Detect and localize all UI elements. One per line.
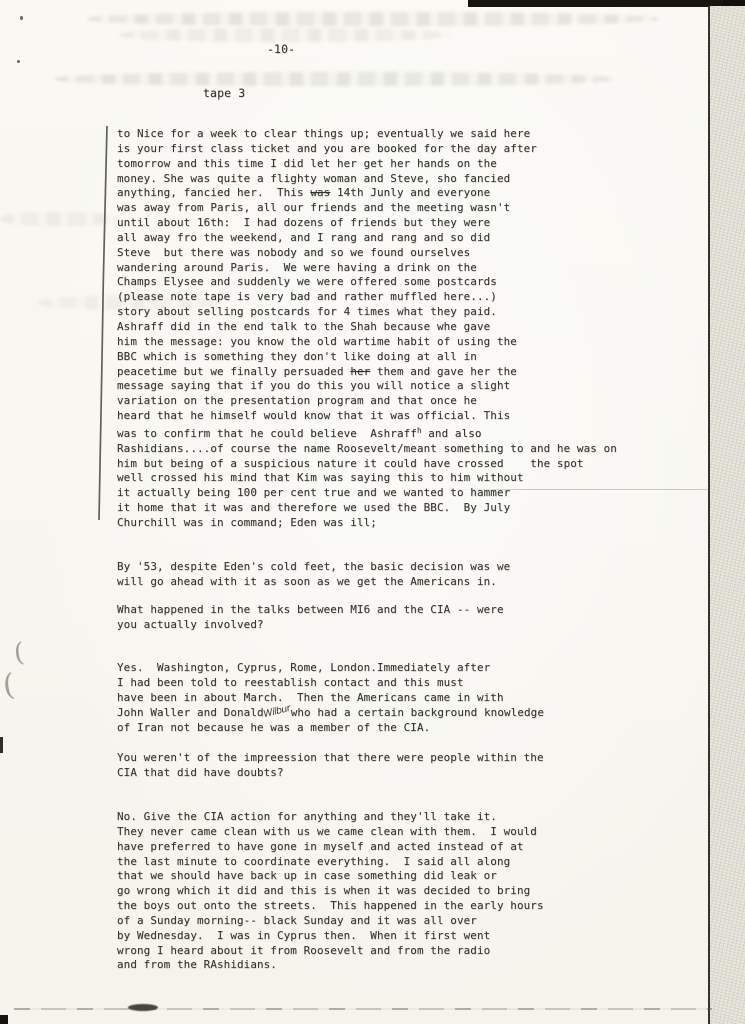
interview-question-1: What happened in the talks between MI6 a… (117, 603, 504, 633)
bleed-through-smudge (55, 72, 615, 86)
overstruck-text: her (350, 365, 370, 378)
interview-answer-1: Yes. Washington, Cyprus, Rome, London.Im… (117, 661, 544, 736)
handwritten-insertion: Wilbur (262, 702, 292, 723)
bleed-through-smudge (120, 28, 450, 42)
overstruck-text: was (310, 186, 330, 199)
margin-pen-line (93, 122, 115, 526)
scan-artifact-bottom-line (14, 1008, 712, 1010)
bleed-through-smudge (88, 12, 658, 26)
margin-mark: ( (1, 667, 16, 703)
margin-mark: ( (12, 638, 25, 669)
transcript-paragraph-decision: By '53, despite Eden's cold feet, the ba… (117, 560, 510, 590)
scan-artifact-bottom-blob (128, 1004, 158, 1011)
ink-speck (17, 60, 20, 63)
paragraph-text: and also Rashidians....of course the nam… (117, 427, 617, 529)
transcript-paragraph-quoted: to Nice for a week to clear things up; e… (117, 127, 617, 531)
scan-artifact-right-edge (708, 6, 745, 1024)
page-number: -10- (267, 42, 295, 57)
paragraph-text: 14th Junly and everyone was away from Pa… (117, 186, 517, 377)
interview-answer-2: No. Give the CIA action for anything and… (117, 810, 544, 973)
interview-question-2: You weren't of the impreession that ther… (117, 751, 544, 781)
scan-artifact-top-bar (468, 0, 745, 7)
scan-artifact-left-edge-mark (0, 737, 3, 753)
ink-speck (20, 16, 23, 20)
tape-label: tape 3 (203, 86, 245, 101)
scan-artifact-corner-mark (0, 1015, 8, 1024)
scanned-page: -10- tape 3 ( ( to Nice for a week to cl… (0, 0, 745, 1024)
